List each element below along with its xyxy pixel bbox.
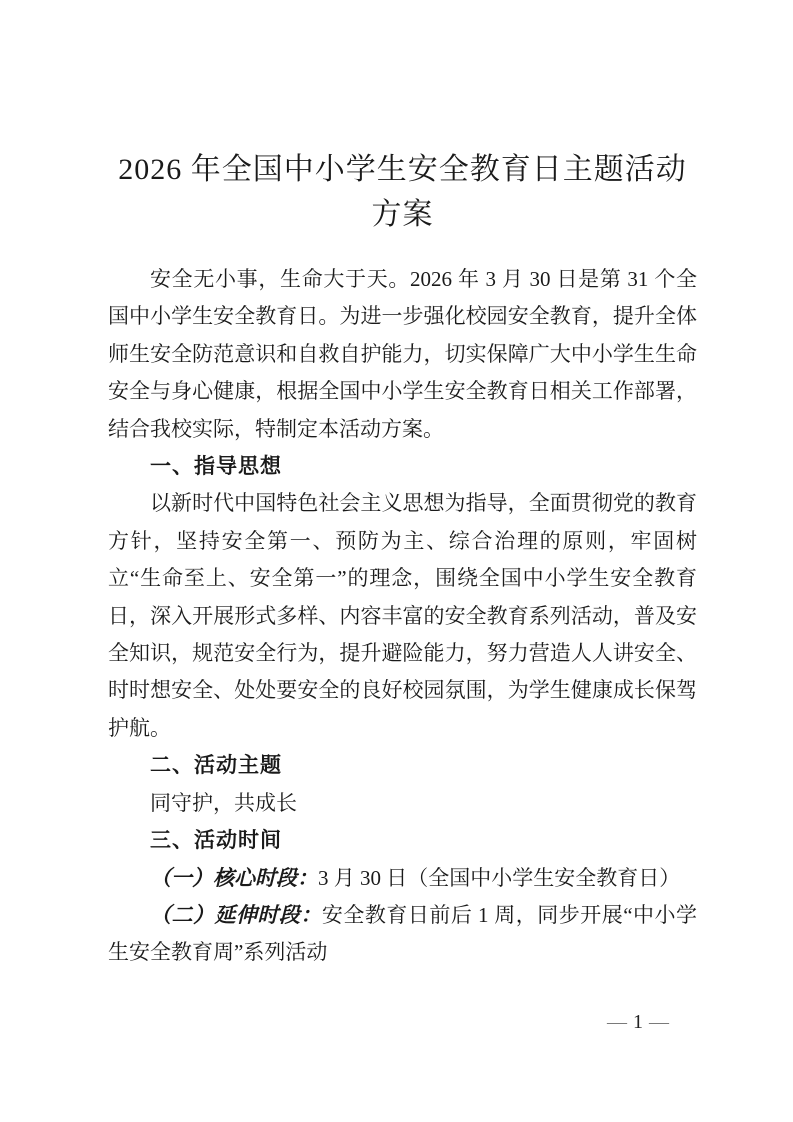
section-1-heading: 一、指导思想 [108, 448, 697, 485]
item-2-label: （二）延伸时段： [150, 903, 322, 927]
section-3-item-1: （一）核心时段：3 月 30 日（全国中小学生安全教育日） [108, 860, 697, 897]
document-page: 2026 年全国中小学生安全教育日主题活动方案 安全无小事，生命大于天。2026… [0, 0, 793, 1122]
page-number-value: 1 [633, 1011, 643, 1033]
page-number-dash-right: — [643, 1011, 675, 1033]
intro-paragraph: 安全无小事，生命大于天。2026 年 3 月 30 日是第 31 个全国中小学生… [108, 261, 697, 448]
item-1-label: （一）核心时段： [150, 866, 318, 890]
section-2-heading: 二、活动主题 [108, 747, 697, 784]
document-body: 2026 年全国中小学生安全教育日主题活动方案 安全无小事，生命大于天。2026… [108, 147, 697, 972]
page-number: —1— [601, 1010, 675, 1034]
section-3-heading: 三、活动时间 [108, 822, 697, 859]
section-1-paragraph: 以新时代中国特色社会主义思想为指导，全面贯彻党的教育方针，坚持安全第一、预防为主… [108, 485, 697, 747]
section-3-item-2: （二）延伸时段：安全教育日前后 1 周，同步开展“中小学生安全教育周”系列活动 [108, 897, 697, 972]
section-2-paragraph: 同守护，共成长 [108, 785, 697, 822]
item-1-text: 3 月 30 日（全国中小学生安全教育日） [318, 866, 680, 890]
page-number-dash-left: — [601, 1011, 633, 1033]
document-title: 2026 年全国中小学生安全教育日主题活动方案 [108, 147, 697, 237]
